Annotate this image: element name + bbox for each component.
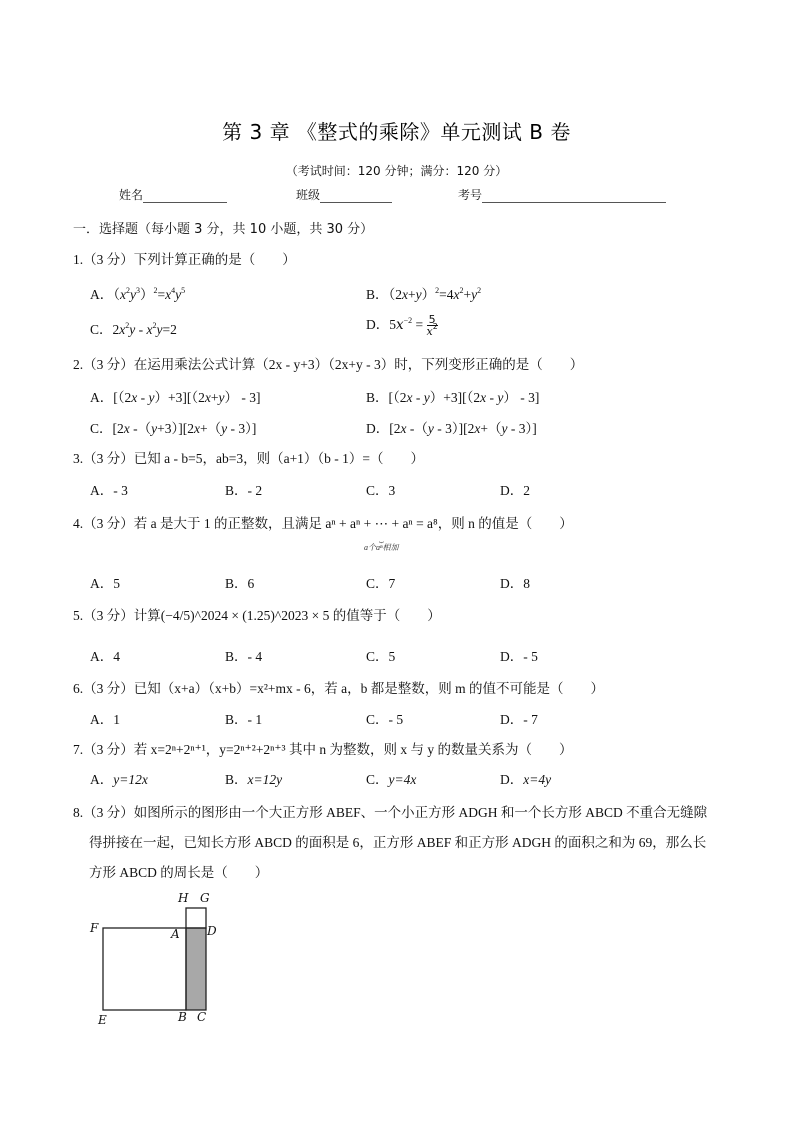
question-points: （3 分） [83, 252, 134, 267]
label-b: B [178, 1010, 187, 1024]
option-4a[interactable]: A．5 [90, 572, 120, 592]
option-text: y=12x [113, 772, 148, 787]
question-stem-line: 方形 ABCD 的周长是（ ） [73, 858, 733, 888]
question-6: 6.（3 分）已知（x+a）（x+b）=x²+mx - 6，若 a，b 都是整数… [73, 677, 604, 697]
option-text: 3 [389, 483, 396, 498]
page-title: 第 3 章 《整式的乘除》单元测试 B 卷 [0, 116, 793, 145]
option-text: x=4y [523, 772, 551, 787]
question-2: 2.（3 分）在运用乘法公式计算（2x - y+3）（2x+y - 3）时，下列… [73, 353, 583, 373]
class-blank[interactable] [320, 188, 392, 203]
question-points: （3 分） [83, 608, 134, 623]
question-stem: 已知 a - b=5，ab=3，则（a+1）（b - 1）=（ ） [134, 451, 424, 466]
name-blank[interactable] [143, 188, 227, 203]
label-f: F [90, 921, 98, 935]
question-stem: 已知（x+a）（x+b）=x²+mx - 6，若 a，b 都是整数，则 m 的值… [134, 681, 604, 696]
option-label: D． [366, 317, 389, 332]
option-5c[interactable]: C．5 [366, 645, 395, 665]
question-1: 1.（3 分）下列计算正确的是（ ） [73, 248, 296, 268]
option-label: B． [225, 772, 248, 787]
section-heading: 一．选择题（每小题 3 分，共 10 小题，共 30 分） [73, 218, 373, 237]
option-text: - 3 [113, 483, 128, 498]
option-label: A． [90, 712, 113, 727]
option-label: B． [225, 649, 248, 664]
question-number: 3. [73, 451, 83, 466]
option-4c[interactable]: C．7 [366, 572, 395, 592]
option-label: C． [366, 483, 389, 498]
option-7c[interactable]: C．y=4x [366, 768, 416, 788]
option-2c[interactable]: C．[2x -（y+3）][2x+（y - 3）] [90, 417, 256, 437]
option-label: D． [366, 421, 389, 436]
option-text: 5 [389, 649, 396, 664]
label-h: H [178, 891, 188, 905]
option-text: 2 [523, 483, 530, 498]
label-g: G [200, 891, 210, 905]
option-label: D． [500, 483, 523, 498]
label-c: C [197, 1010, 206, 1024]
option-text: - 5 [389, 712, 404, 727]
name-label: 姓名 [119, 188, 143, 202]
option-text: - 2 [248, 483, 263, 498]
question-stem: 若 x=2ⁿ+2ⁿ⁺¹，y=2ⁿ⁺²+2ⁿ⁺³ 其中 n 为整数，则 x 与 y… [134, 742, 573, 757]
label-e: E [98, 1013, 107, 1027]
question-stem: 若 a 是大于 1 的正整数，且满足 aⁿ + aⁿ + ⋯ + aⁿ = a⁸… [134, 516, 573, 531]
option-3a[interactable]: A．- 3 [90, 479, 128, 499]
question-number: 5. [73, 608, 83, 623]
option-3b[interactable]: B．- 2 [225, 479, 262, 499]
option-text: y=4x [389, 772, 417, 787]
exam-info: （考试时间：120 分钟；满分：120 分） [0, 162, 793, 179]
option-4d[interactable]: D．8 [500, 572, 530, 592]
option-6c[interactable]: C．- 5 [366, 708, 403, 728]
option-label: B． [366, 287, 389, 302]
option-label: A． [90, 649, 113, 664]
option-label: C． [366, 576, 389, 591]
option-label: B． [225, 483, 248, 498]
question-stem: 在运用乘法公式计算（2x - y+3）（2x+y - 3）时，下列变形正确的是（… [134, 357, 583, 372]
squares-rectangle-diagram [88, 890, 228, 1030]
option-label: A． [90, 390, 113, 405]
option-2d[interactable]: D．[2x -（y - 3）][2x+（y - 3）] [366, 417, 537, 437]
option-label: C． [90, 421, 113, 436]
question-number: 1. [73, 252, 83, 267]
option-3c[interactable]: C．3 [366, 479, 395, 499]
question-points: （3 分） [83, 681, 134, 696]
option-label: D． [500, 712, 523, 727]
option-7a[interactable]: A．y=12x [90, 768, 148, 788]
question-points: （3 分） [83, 516, 134, 531]
option-4b[interactable]: B．6 [225, 572, 254, 592]
option-label: A． [90, 576, 113, 591]
option-label: D． [500, 576, 523, 591]
option-text: - 5 [523, 649, 538, 664]
question-4: 4.（3 分）若 a 是大于 1 的正整数，且满足 aⁿ + aⁿ + ⋯ + … [73, 512, 573, 532]
label-a: A [171, 927, 180, 941]
option-2a[interactable]: A．[（2x - y）+3][（2x+y） - 3] [90, 386, 260, 406]
option-text: 1 [113, 712, 120, 727]
option-label: A． [90, 772, 113, 787]
question-points: （3 分） [83, 742, 134, 757]
question-7: 7.（3 分）若 x=2ⁿ+2ⁿ⁺¹，y=2ⁿ⁺²+2ⁿ⁺³ 其中 n 为整数，… [73, 738, 572, 758]
option-3d[interactable]: D．2 [500, 479, 530, 499]
class-label: 班级 [296, 188, 320, 202]
option-5a[interactable]: A．4 [90, 645, 120, 665]
option-label: B． [366, 390, 389, 405]
question-stem-line: 得拼接在一起，已知长方形 ABCD 的面积是 6，正方形 ABEF 和正方形 A… [73, 828, 733, 858]
option-text: 7 [389, 576, 396, 591]
option-1d[interactable]: D．5x−2 = 5x2 [366, 313, 438, 337]
option-1a[interactable]: A．（x2y3）2=x4y5 [90, 283, 185, 303]
underbrace-icon: ⏟ [379, 534, 384, 544]
option-text: x=12y [248, 772, 283, 787]
option-2b[interactable]: B．[（2x - y）+3][（2x - y） - 3] [366, 386, 539, 406]
option-label: C． [366, 649, 389, 664]
option-text: 6 [248, 576, 255, 591]
question-3: 3.（3 分）已知 a - b=5，ab=3，则（a+1）（b - 1）=（ ） [73, 447, 424, 467]
option-text: 8 [523, 576, 530, 591]
exam-number-blank[interactable] [482, 188, 666, 203]
option-label: B． [225, 576, 248, 591]
option-label: C． [366, 712, 389, 727]
question-number: 7. [73, 742, 83, 757]
option-text: - 7 [523, 712, 538, 727]
question-number: 4. [73, 516, 83, 531]
question-number: 2. [73, 357, 83, 372]
name-field[interactable]: 姓名 [119, 186, 227, 203]
option-7d[interactable]: D．x=4y [500, 768, 551, 788]
option-5b[interactable]: B．- 4 [225, 645, 262, 665]
option-label: A． [90, 287, 113, 302]
option-label: C． [90, 322, 113, 337]
option-text: 4 [113, 649, 120, 664]
label-d: D [207, 924, 217, 938]
option-6d[interactable]: D．- 7 [500, 708, 538, 728]
question-8: 8.（3 分）如图所示的图形由一个大正方形 ABEF、一个小正方形 ADGH 和… [73, 798, 733, 888]
exam-number-field[interactable]: 考号 [458, 186, 666, 203]
option-label: D． [500, 772, 523, 787]
option-1b[interactable]: B．（2x+y）2=4x2+y2 [366, 283, 481, 303]
question-stem: 计算(−4/5)^2024 × (1.25)^2023 × 5 的值等于（ ） [134, 608, 441, 623]
option-7b[interactable]: B．x=12y [225, 768, 282, 788]
option-text: 5 [113, 576, 120, 591]
question-stem: 下列计算正确的是（ ） [134, 252, 296, 267]
exam-number-label: 考号 [458, 188, 482, 202]
option-text: - 4 [248, 649, 263, 664]
class-field[interactable]: 班级 [296, 186, 392, 203]
question-points: （3 分） [83, 357, 134, 372]
question-number: 8. [73, 805, 83, 820]
question-number: 6. [73, 681, 83, 696]
option-label: C． [366, 772, 389, 787]
option-label: B． [225, 712, 248, 727]
geometry-figure: H G F A D E B C [88, 890, 228, 1030]
question-points: （3 分） [83, 451, 134, 466]
question-points: （3 分） [83, 805, 134, 820]
option-6a[interactable]: A．1 [90, 708, 120, 728]
option-6b[interactable]: B．- 1 [225, 708, 262, 728]
question-stem-line: 如图所示的图形由一个大正方形 ABEF、一个小正方形 ADGH 和一个长方形 A… [134, 805, 707, 820]
option-text: - 1 [248, 712, 263, 727]
option-5d[interactable]: D．- 5 [500, 645, 538, 665]
option-label: D． [500, 649, 523, 664]
option-1c[interactable]: C．2x2y - x2y=2 [90, 318, 177, 338]
option-label: A． [90, 483, 113, 498]
question-5: 5.（3 分）计算(−4/5)^2024 × (1.25)^2023 × 5 的… [73, 604, 441, 624]
